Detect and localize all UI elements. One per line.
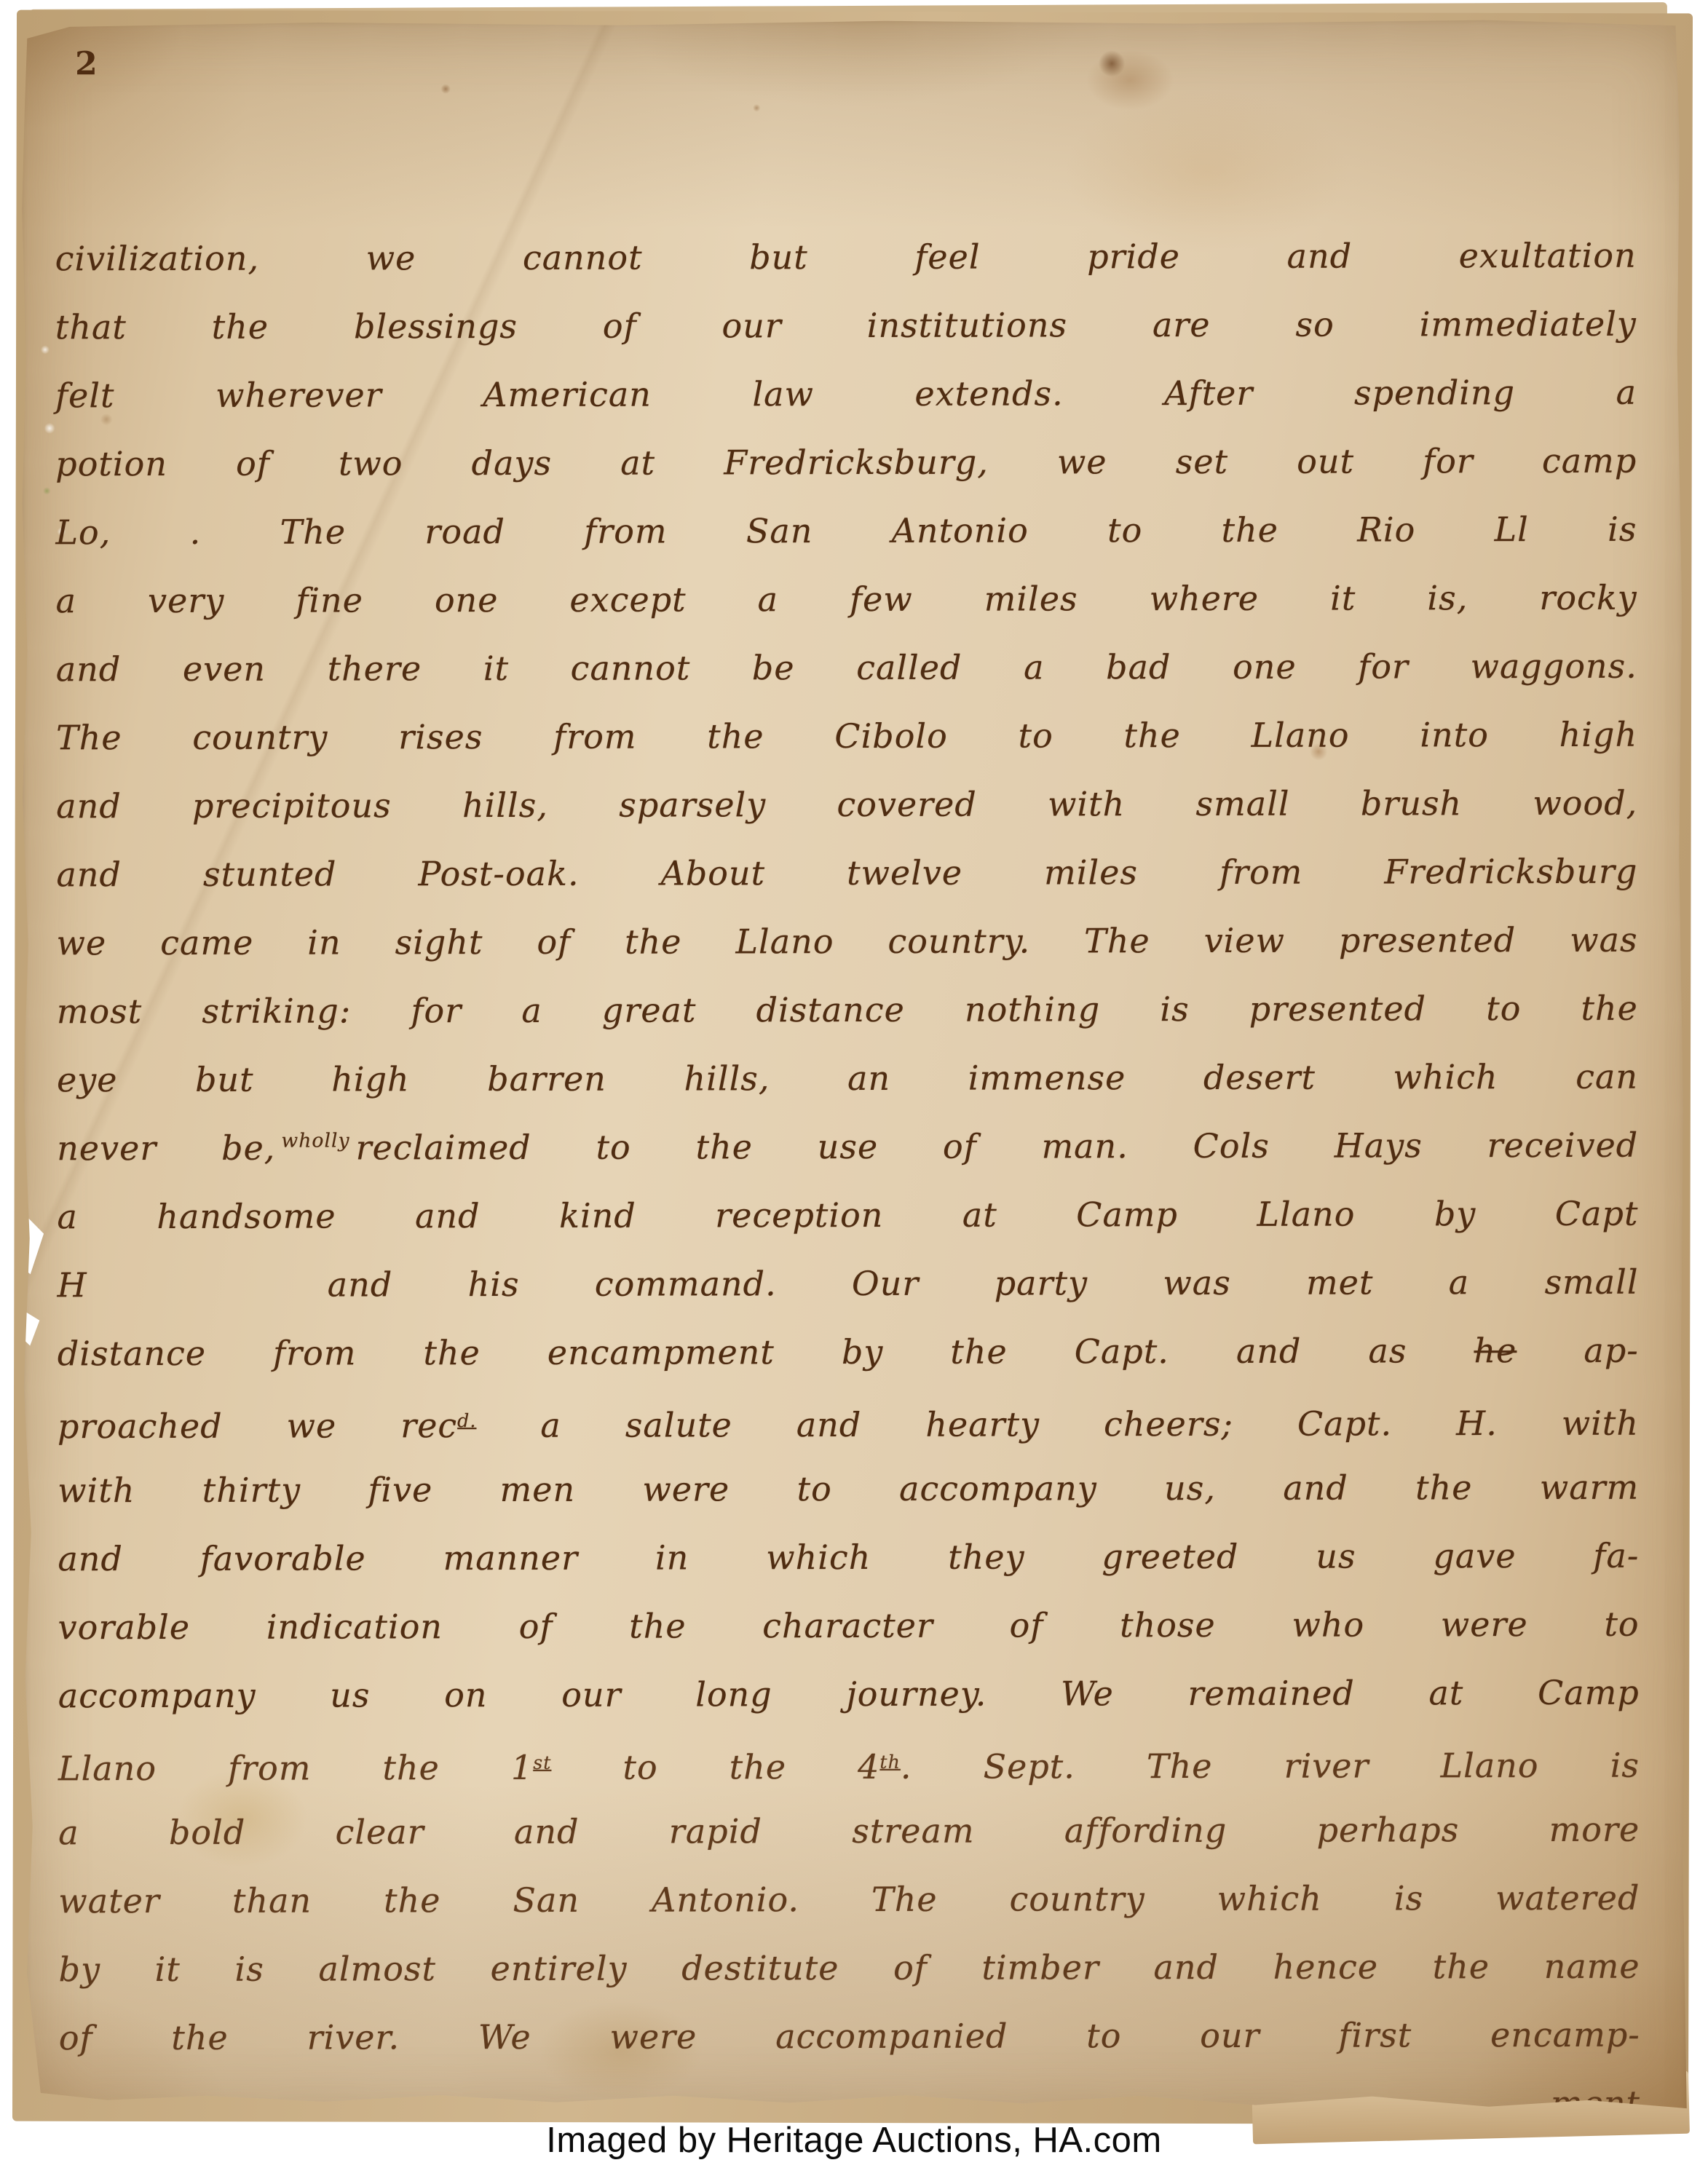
manuscript-segment: and his command. Our party was met a sma… bbox=[328, 1262, 1639, 1305]
manuscript-segment: that the blessings of our institutions a… bbox=[55, 304, 1637, 347]
manuscript-line: civilization, we cannot but feel pride a… bbox=[55, 221, 1637, 293]
manuscript-line: and even there it cannot be called a bad… bbox=[56, 632, 1637, 704]
manuscript-segment: Lo, . The road from San Antonio to the R… bbox=[55, 510, 1637, 553]
manuscript-line: and stunted Post-oak. About twelve miles… bbox=[56, 837, 1637, 909]
manuscript-segment: vorable indication of the character of t… bbox=[58, 1605, 1640, 1647]
manuscript-page: 2 civilization, we cannot but feel pride… bbox=[20, 17, 1688, 2121]
manuscript-segment-sup: th bbox=[879, 1752, 901, 1773]
manuscript-segment: felt wherever American law extends. Afte… bbox=[55, 373, 1637, 416]
manuscript-segment: reclaimed to the use of man. Cols Hays r… bbox=[356, 1125, 1639, 1168]
manuscript-segment: to the 4 bbox=[551, 1747, 879, 1787]
manuscript-line: never be,whollyreclaimed to the use of m… bbox=[57, 1111, 1638, 1183]
manuscript-line: of the river. We were accompanied to our… bbox=[59, 2001, 1640, 2073]
manuscript-segment-strike: he bbox=[1474, 1331, 1517, 1370]
manuscript-segment-sup: st bbox=[533, 1752, 551, 1773]
manuscript-line: with thirty five men were to accompany u… bbox=[58, 1453, 1639, 1525]
manuscript-segment: ap- bbox=[1517, 1331, 1639, 1370]
manuscript-line: The country rises from the Cibolo to the… bbox=[56, 700, 1637, 772]
manuscript-segment-sup: d. bbox=[457, 1410, 476, 1431]
manuscript-segment: and stunted Post-oak. About twelve miles… bbox=[56, 852, 1637, 895]
manuscript-segment: with thirty five men were to accompany u… bbox=[58, 1468, 1639, 1511]
manuscript-line: a very fine one except a few miles where… bbox=[56, 563, 1637, 636]
manuscript-line: we came in sight of the Llano country. T… bbox=[57, 906, 1638, 978]
manuscript-segment: a salute and hearty cheers; Capt. H. wit… bbox=[476, 1404, 1639, 1445]
manuscript-segment: The country rises from the Cibolo to the… bbox=[56, 715, 1637, 758]
manuscript-line: and favorable manner in which they greet… bbox=[58, 1522, 1639, 1594]
manuscript-line: Hand his command. Our party was met a sm… bbox=[58, 1248, 1639, 1320]
manuscript-segment: accompany us on our long journey. We rem… bbox=[58, 1673, 1640, 1716]
manuscript-line: and precipitous hills, sparsely covered … bbox=[56, 769, 1637, 841]
manuscript-line: a bold clear and rapid stream affording … bbox=[58, 1795, 1640, 1867]
manuscript-line: proached we recd. a salute and hearty ch… bbox=[58, 1385, 1639, 1457]
manuscript-segment: and even there it cannot be called a bad… bbox=[56, 646, 1637, 689]
manuscript-segment: and favorable manner in which they greet… bbox=[58, 1536, 1639, 1579]
manuscript-line: water than the San Antonio. The country … bbox=[58, 1864, 1640, 1936]
manuscript-segment: civilization, we cannot but feel pride a… bbox=[55, 236, 1637, 279]
manuscript-line: a handsome and kind reception at Camp Ll… bbox=[57, 1179, 1638, 1251]
manuscript-segment: eye but high barren hills, an immense de… bbox=[57, 1057, 1638, 1100]
manuscript-line: accompany us on our long journey. We rem… bbox=[58, 1658, 1640, 1730]
manuscript-segment: a handsome and kind reception at Camp Ll… bbox=[57, 1194, 1638, 1237]
manuscript-line: Lo, . The road from San Antonio to the R… bbox=[55, 495, 1637, 567]
manuscript-line: felt wherever American law extends. Afte… bbox=[55, 358, 1637, 430]
scan-background: 2 civilization, we cannot but feel pride… bbox=[0, 0, 1708, 2184]
manuscript-segment: by it is almost entirely destitute of ti… bbox=[59, 1947, 1640, 1990]
manuscript-segment: proached we rec bbox=[58, 1406, 457, 1446]
manuscript-segment: of the river. We were accompanied to our… bbox=[59, 2015, 1640, 2058]
manuscript-segment: H bbox=[58, 1265, 87, 1305]
manuscript-line: Llano from the 1st to the 4th. Sept. The… bbox=[58, 1727, 1640, 1799]
manuscript-segment: Llano from the 1 bbox=[58, 1748, 533, 1788]
manuscript-segment: a very fine one except a few miles where… bbox=[56, 578, 1637, 621]
manuscript-segment: never be, bbox=[57, 1128, 275, 1168]
manuscript-segment: and precipitous hills, sparsely covered … bbox=[56, 783, 1637, 826]
manuscript-text: civilization, we cannot but feel pride a… bbox=[55, 221, 1641, 2141]
manuscript-segment: distance from the encampment by the Capt… bbox=[58, 1331, 1474, 1373]
footer-watermark: Imaged by Heritage Auctions, HA.com bbox=[0, 2120, 1708, 2161]
manuscript-line: distance from the encampment by the Capt… bbox=[58, 1316, 1639, 1388]
manuscript-line: that the blessings of our institutions a… bbox=[55, 290, 1637, 362]
manuscript-segment: most striking: for a great distance noth… bbox=[57, 989, 1638, 1032]
manuscript-segment: . Sept. The river Llano is bbox=[901, 1746, 1640, 1787]
manuscript-segment-gap bbox=[87, 1297, 328, 1297]
manuscript-line: most striking: for a great distance noth… bbox=[57, 974, 1638, 1046]
manuscript-segment: potion of two days at Fredricksburg, we … bbox=[55, 441, 1637, 484]
manuscript-segment: water than the San Antonio. The country … bbox=[58, 1878, 1640, 1921]
manuscript-line: vorable indication of the character of t… bbox=[58, 1590, 1640, 1662]
manuscript-segment: a bold clear and rapid stream affording … bbox=[58, 1810, 1640, 1853]
manuscript-line: potion of two days at Fredricksburg, we … bbox=[55, 427, 1637, 499]
manuscript-line: eye but high barren hills, an immense de… bbox=[57, 1042, 1638, 1115]
manuscript-line: by it is almost entirely destitute of ti… bbox=[58, 1932, 1640, 2004]
manuscript-segment: we came in sight of the Llano country. T… bbox=[57, 920, 1638, 963]
page-number: 2 bbox=[75, 45, 98, 82]
